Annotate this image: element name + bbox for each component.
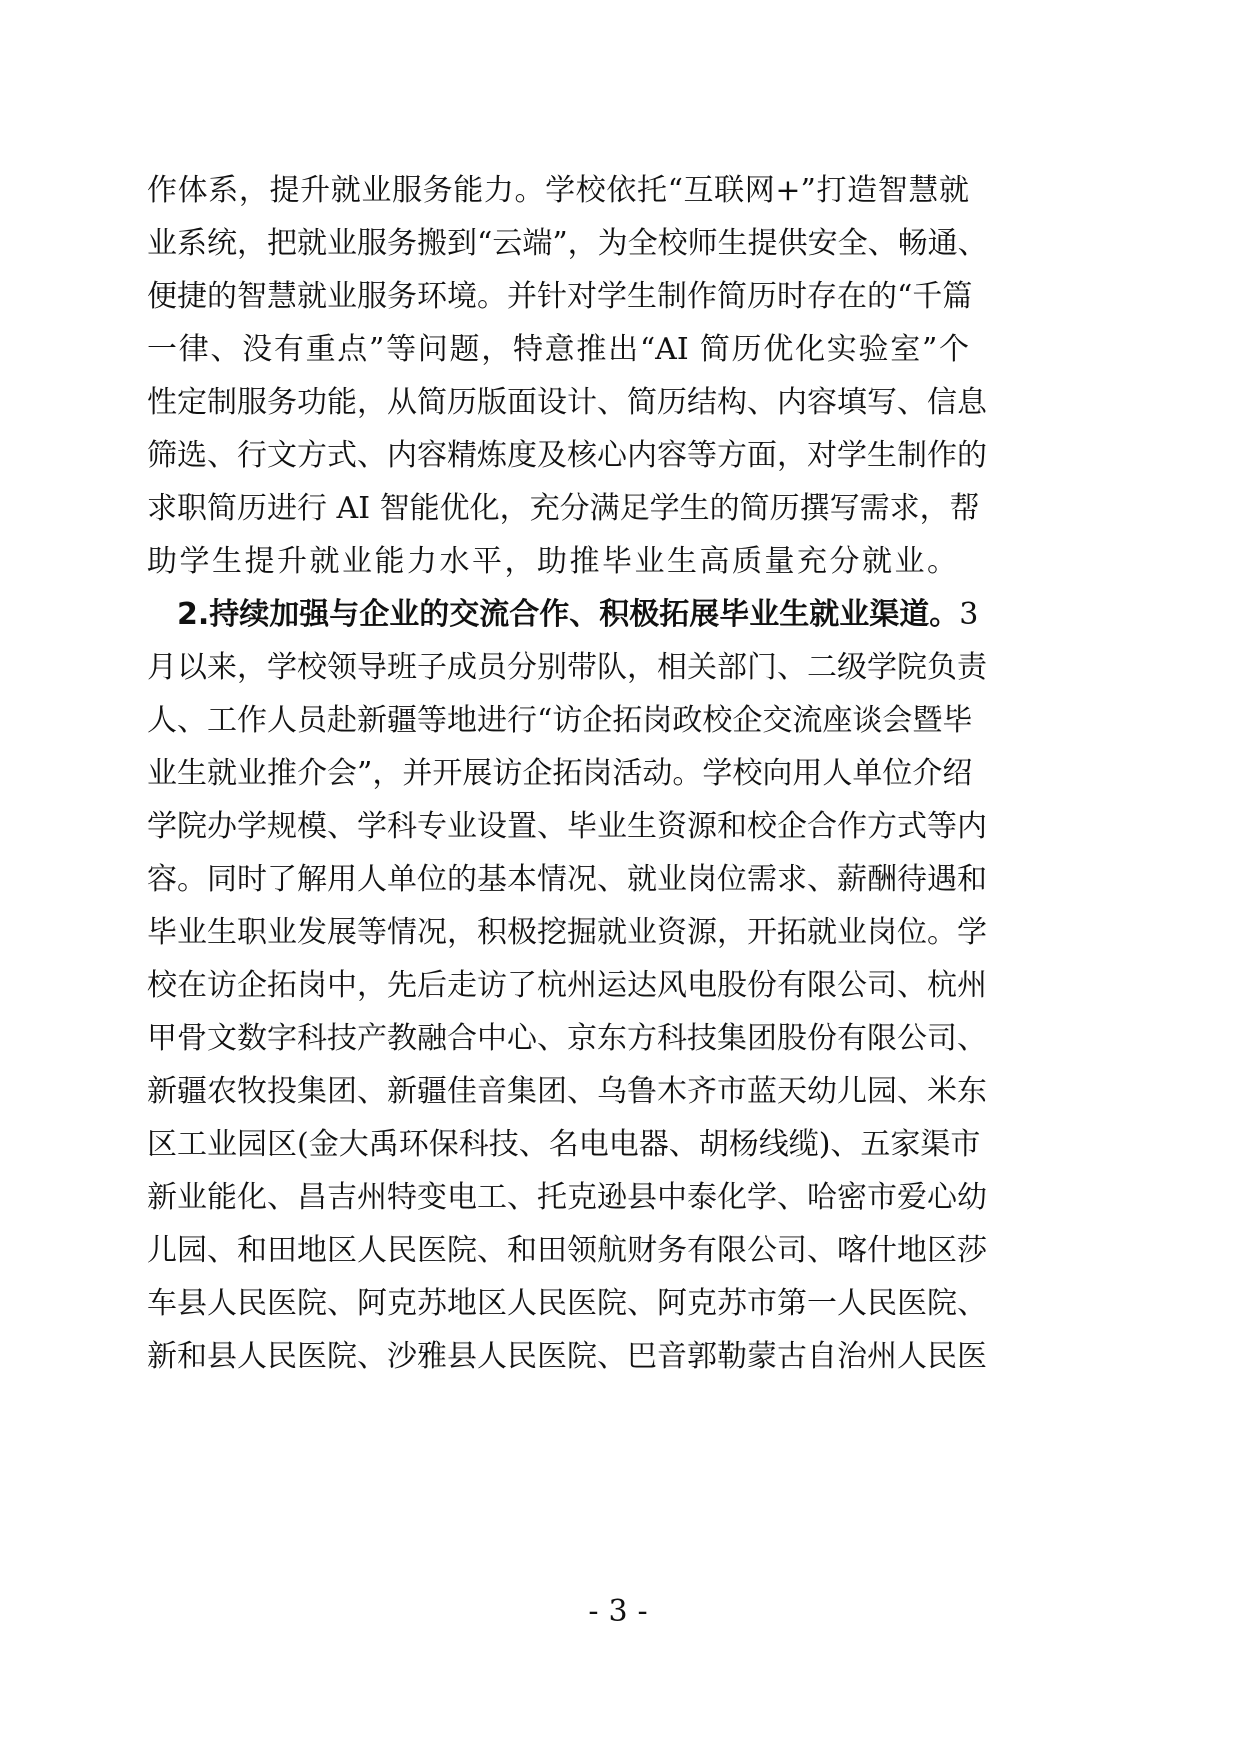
text-line: 容。同时了解用人单位的基本情况、就业岗位需求、薪酬待遇和 (147, 853, 969, 906)
text-line: 甲骨文数字科技产教融合中心、京东方科技集团股份有限公司、 (147, 1012, 969, 1065)
document-page: 作体系，提升就业服务能力。学校依托“互联网+”打造智慧就 业系统，把就业服务搬到… (0, 0, 1240, 1754)
text-line: 毕业生职业发展等情况，积极挖掘就业资源，开拓就业岗位。学 (147, 906, 969, 959)
text-line: 学院办学规模、学科专业设置、毕业生资源和校企合作方式等内 (147, 800, 969, 853)
text-line: 一律、没有重点”等问题，特意推出“AI 简历优化实验室”个 (147, 323, 969, 376)
text-line: 助学生提升就业能力水平，助推毕业生高质量充分就业。 (147, 535, 969, 588)
text-line: 筛选、行文方式、内容精炼度及核心内容等方面，对学生制作的 (147, 429, 969, 482)
section-heading-line: 2.持续加强与企业的交流合作、积极拓展毕业生就业渠道。3 (147, 588, 969, 641)
text-line: 业生就业推介会”，并开展访企拓岗活动。学校向用人单位介绍 (147, 747, 969, 800)
text-line: 便捷的智慧就业服务环境。并针对学生制作简历时存在的“千篇 (147, 270, 969, 323)
text-line: 求职简历进行 AI 智能优化，充分满足学生的简历撰写需求，帮 (147, 482, 969, 535)
body-text: 作体系，提升就业服务能力。学校依托“互联网+”打造智慧就 业系统，把就业服务搬到… (147, 164, 969, 1383)
text-line: 作体系，提升就业服务能力。学校依托“互联网+”打造智慧就 (147, 164, 969, 217)
text-line: 区工业园区(金大禹环保科技、名电电器、胡杨线缆)、五家渠市 (147, 1118, 969, 1171)
text-line: 月以来，学校领导班子成员分别带队，相关部门、二级学院负责 (147, 641, 969, 694)
text-line: 车县人民医院、阿克苏地区人民医院、阿克苏市第一人民医院、 (147, 1277, 969, 1330)
text-line: 新和县人民医院、沙雅县人民医院、巴音郭勒蒙古自治州人民医 (147, 1330, 969, 1383)
heading-tail-text: 3 (959, 597, 978, 632)
text-line: 新疆农牧投集团、新疆佳音集团、乌鲁木齐市蓝天幼儿园、米东 (147, 1065, 969, 1118)
page-number-value: 3 (608, 1594, 631, 1629)
text-line: 新业能化、昌吉州特变电工、托克逊县中泰化学、哈密市爱心幼 (147, 1171, 969, 1224)
text-line: 性定制服务功能，从简历版面设计、简历结构、内容填写、信息 (147, 376, 969, 429)
page-number-dash-right: - (638, 1592, 652, 1632)
text-line: 校在访企拓岗中，先后走访了杭州运达风电股份有限公司、杭州 (147, 959, 969, 1012)
page-number-dash-left: - (588, 1592, 602, 1632)
text-line: 儿园、和田地区人民医院、和田领航财务有限公司、喀什地区莎 (147, 1224, 969, 1277)
text-line: 人、工作人员赴新疆等地进行“访企拓岗政校企交流座谈会暨毕 (147, 694, 969, 747)
text-line: 业系统，把就业服务搬到“云端”，为全校师生提供安全、畅通、 (147, 217, 969, 270)
page-number: -3- (0, 1592, 1240, 1632)
section-heading: 2.持续加强与企业的交流合作、积极拓展毕业生就业渠道。 (177, 597, 959, 632)
